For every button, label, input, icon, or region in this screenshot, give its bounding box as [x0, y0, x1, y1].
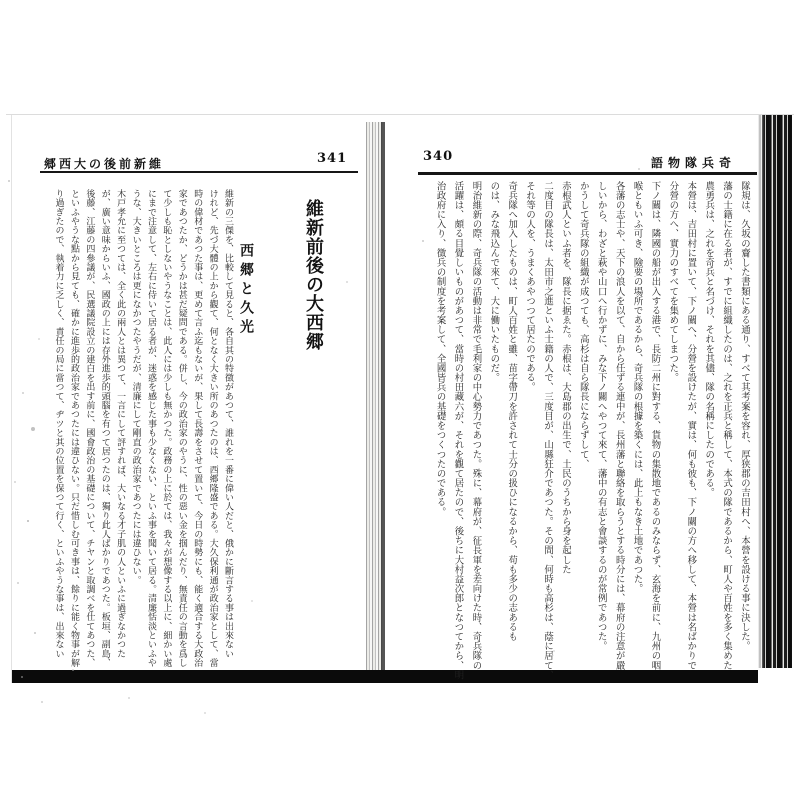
- text-column: 赤根武人といふ者を、隊長に据ゑた。赤根は、大島郡の出生で、土民のうちから身を起し…: [556, 181, 574, 663]
- body-text-right-page: 隊規は、久坂の齎した書類にある通り、すべて其考案を容れ、厚狭郡の吉田村へ、本營を…: [431, 181, 753, 663]
- text-column: うな、大きいところは更になかつたやうだが、清廉にして剛直の政治家であつたには違ひ…: [127, 189, 142, 659]
- text-column: 藩の士籍に在る者が、すでに組織したのは、之れを正兵と稱して、本式の隊であるから、…: [717, 181, 735, 663]
- header-rule-right: [418, 172, 757, 175]
- running-head-left: 郷西大の後前新維: [44, 155, 164, 172]
- header-rule-left: [40, 171, 358, 173]
- text-column: かうして奇兵隊の組織が成つても、高杉は自ら隊長にならずして、: [574, 181, 592, 663]
- book-gutter-core: [381, 122, 385, 670]
- page-number-341: 341: [317, 151, 347, 166]
- text-column: 維新の三傑を、比較して見ると、各自其の特徴があつて、誰れを一番に偉い人だと、俄か…: [220, 189, 235, 659]
- text-column: 喉ともいふ可き、險要の場所であるから、奇兵隊の根據を築くには、此上もなき土地であ…: [628, 181, 646, 663]
- text-column: が、廣い意味からいふ、國政の上には存外進歩的頭腦を有つて居つたのは、獨り此人ばか…: [96, 189, 111, 659]
- text-column: 隊規は、久坂の齎した書類にある通り、すべて其考案を容れ、厚狭郡の吉田村へ、本營を…: [735, 181, 753, 663]
- text-column: けれど、先づ大體の上から觀て、何となく大きい所のあつたのは、西郷隆盛である。大久…: [204, 189, 219, 659]
- text-column: それ等の人を、うまくあやつつて居たのである。: [520, 181, 538, 663]
- text-column: 時の偉材であつた事は、更めて言ふ迄もないが、果して長壽をさせて置いて、今日の時勢…: [189, 189, 204, 659]
- page-edge-fade: [758, 115, 764, 668]
- scan-left-edge: [11, 115, 12, 683]
- text-column: 明治維新の際、奇兵隊の活動は非常で毛利家の中心勢力であつた。殊に、幕府が、征長軍…: [467, 181, 485, 663]
- scanned-book-spread: { "page_left": { "page_number": "341", "…: [0, 0, 800, 800]
- text-column: 分營の方へ、實力のすべてを集めてしまつた。: [663, 181, 681, 663]
- section-title: 西郷と久光: [236, 243, 256, 353]
- text-column: にまで注意して、左右に侍いて居る者が、迷惑を感じた事も少なくない、といふ事を聞い…: [143, 189, 158, 659]
- body-text-left-page: 維新の三傑を、比較して見ると、各自其の特徴があつて、誰れを一番に偉い人だと、俄か…: [49, 189, 235, 659]
- text-column: 二度目の隊長は、太田市之進といふ士籍の人で、三度目が、山縣狂介であつた。その間、…: [538, 181, 556, 663]
- text-column: 木戸孝允に至つては、全く此の兩人とは異つて、一言にして評すれば、大いなる才子肌の…: [112, 189, 127, 659]
- text-column: て少しも恥としないやうなことは、此人には少しも無かつた。政務の上に於ては、我々が…: [158, 189, 173, 659]
- text-column: といふやうな點から見ても、確かに進歩的政治家であつたには違ひない。只だ惜しむ可き…: [66, 189, 81, 659]
- text-column: のは、みな飛込んで來て、大に働いたものだ。: [484, 181, 502, 663]
- scan-noise-speckles: [8, 180, 10, 182]
- text-column: 治政府に入り、徴兵の制度を考案して、全國皆兵の基礎をつくつたのである。: [431, 181, 449, 663]
- text-column: 農勇兵は、之れを奇兵と名づけ、それを其儘、隊の名稱にしたのである。: [699, 181, 717, 663]
- text-column: 家であつたか、どうかは甚だ疑問である。併し、今の政治家のやうに、性の惡い金を掴ん…: [173, 189, 188, 659]
- text-column: 活躍は、頗る目覺しいものがあつて、當時の村田藏六が、それを觀て居たので、後ちに大…: [449, 181, 467, 663]
- text-column: り過ぎたので、執着力に乏しく、責任の局に當つて、ヂツと其の位置を保つて行く、とい…: [50, 189, 65, 659]
- text-column: しいから、わざと萩や山口へ行かずに、みな下ノ關へやつて來て、藩中の有志と會談する…: [592, 181, 610, 663]
- text-column: 各藩の志士や、天下の浪人を以て、自から任ずる連中が、長州藩と聯絡を取らうとする時…: [610, 181, 628, 663]
- text-column: 奇兵隊へ加入したものは、町人百姓と雖、苗字帶刀を許されて士分の扱ひになるから、苟…: [502, 181, 520, 663]
- text-column: 本營は、吉田村に置いて、下ノ關へ、分營を設けたが、實は、何も彼も、下ノ關の方へ移…: [681, 181, 699, 663]
- text-column: 下ノ關は、隣國の船が出入する港で、長防二州に對する、貨物の集散地であるのみならず…: [646, 181, 664, 663]
- running-head-right: 語物隊兵奇: [651, 154, 736, 171]
- page-number-340: 340: [423, 149, 453, 164]
- chapter-title: 維新前後の大西郷: [300, 199, 326, 364]
- text-column: 後藤、江藤の四參議が、民選議院設立の建白を出す前に、國會政治の基礎について、チヤ…: [81, 189, 96, 659]
- scan-top-edge: [6, 114, 794, 115]
- scan-bottom-bar: [12, 670, 758, 683]
